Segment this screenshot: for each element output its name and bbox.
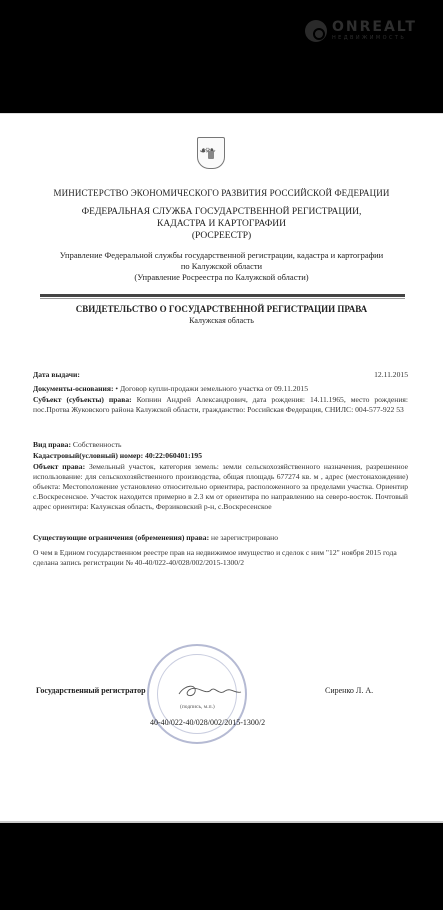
ministry-name: МИНИСТЕРСТВО ЭКОНОМИЧЕСКОГО РАЗВИТИЯ РОС… <box>0 188 443 198</box>
restrictions-row: Существующие ограничения (обременения) п… <box>33 533 408 543</box>
service-line-3: (РОСРЕЕСТР) <box>0 230 443 242</box>
issue-date-label: Дата выдачи: <box>33 370 80 379</box>
header-divider-thin <box>40 298 405 299</box>
subject-row: Субъект (субъекты) права: Копнин Андрей … <box>33 395 408 415</box>
certificate-title: СВИДЕТЕЛЬСТВО О ГОСУДАРСТВЕННОЙ РЕГИСТРА… <box>0 304 443 314</box>
onrealt-watermark: ONREALT НЕДВИЖИМОСТЬ <box>305 20 417 42</box>
brand-name: ONREALT <box>332 20 417 35</box>
subject-label: Субъект (субъекты) права: <box>33 395 132 404</box>
issue-date-row: Дата выдачи: 12.11.2015 <box>33 370 408 380</box>
restrictions-value: не зарегистрировано <box>209 533 278 542</box>
office-line-2: по Калужской области <box>0 261 443 272</box>
basis-label: Документы-основания: <box>33 384 114 393</box>
basis-row: Документы-основания: • Договор купли-про… <box>33 384 408 394</box>
object-label: Объект права: <box>33 462 85 471</box>
registrar-label: Государственный регистратор <box>36 686 146 695</box>
record-text: О чем в Едином государственном реестре п… <box>33 548 408 568</box>
signature-hint: (подпись, м.п.) <box>180 704 215 710</box>
office-name: Управление Федеральной службы государств… <box>0 250 443 283</box>
right-type-label: Вид права: <box>33 440 71 449</box>
object-value: Земельный участок, категория земель: зем… <box>33 462 408 511</box>
certificate-document: МИНИСТЕРСТВО ЭКОНОМИЧЕСКОГО РАЗВИТИЯ РОС… <box>0 113 443 823</box>
restrictions-label: Существующие ограничения (обременения) п… <box>33 533 209 542</box>
office-line-1: Управление Федеральной службы государств… <box>0 250 443 261</box>
registrar-name: Сиренко Л. А. <box>325 686 373 695</box>
cadastral-row: Кадастровый(условный) номер: 40:22:06040… <box>33 451 408 461</box>
issue-date-value: 12.11.2015 <box>374 370 408 380</box>
object-row: Объект права: Земельный участок, категор… <box>33 462 408 512</box>
service-name: ФЕДЕРАЛЬНАЯ СЛУЖБА ГОСУДАРСТВЕННОЙ РЕГИС… <box>0 206 443 242</box>
russian-coat-of-arms-icon <box>197 137 225 169</box>
service-line-2: КАДАСТРА И КАРТОГРАФИИ <box>0 218 443 230</box>
office-line-3: (Управление Росреестра по Калужской обла… <box>0 272 443 283</box>
header-divider <box>40 294 405 297</box>
service-line-1: ФЕДЕРАЛЬНАЯ СЛУЖБА ГОСУДАРСТВЕННОЙ РЕГИС… <box>0 206 443 218</box>
basis-value: • Договор купли-продажи земельного участ… <box>114 384 309 393</box>
right-type-value: Собственность <box>71 440 122 449</box>
region-label: Калужская область <box>0 316 443 325</box>
brand-tagline: НЕДВИЖИМОСТЬ <box>332 35 417 42</box>
registration-number: 40-40/022-40/028/002/2015-1300/2 <box>150 718 265 727</box>
cadastral-value: 40:22:060401:195 <box>143 451 202 460</box>
right-type-row: Вид права: Собственность <box>33 440 408 450</box>
location-pin-icon <box>305 20 327 42</box>
signature-icon <box>175 682 245 702</box>
cadastral-label: Кадастровый(условный) номер: <box>33 451 143 460</box>
